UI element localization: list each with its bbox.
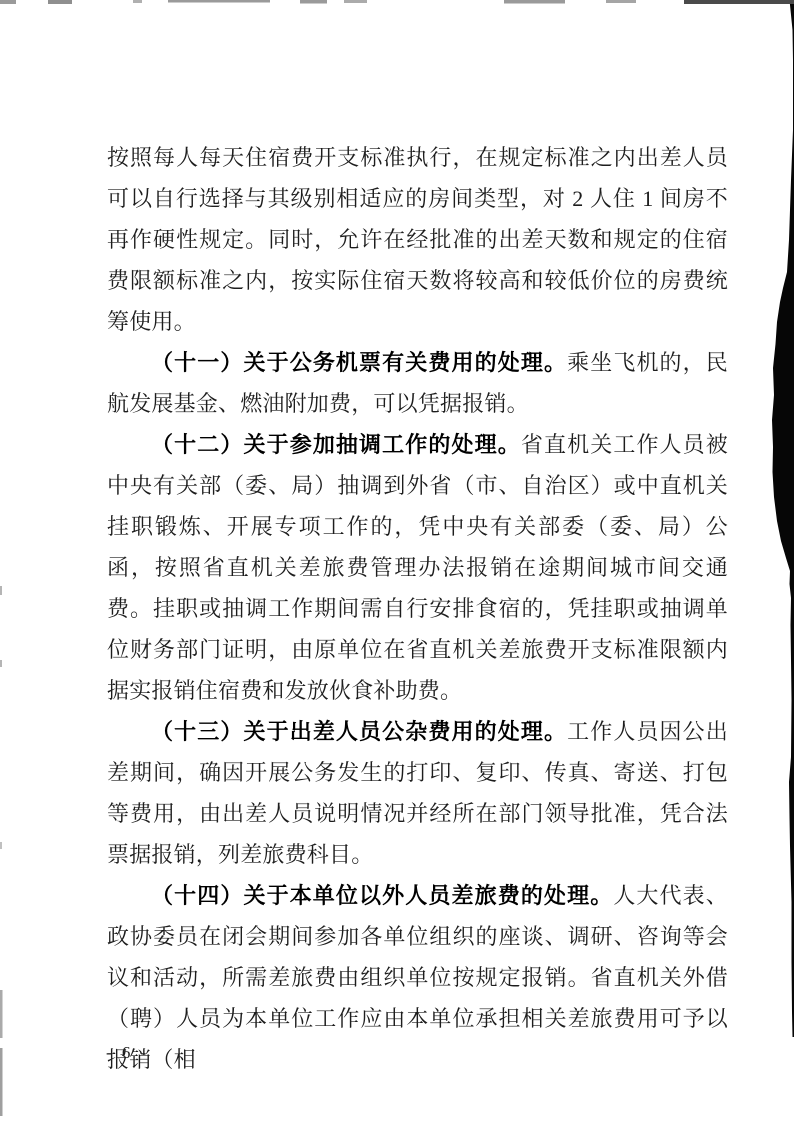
scan-artifact-top-mark (300, 0, 327, 4)
paragraph-continuation: 按照每人每天住宿费开支标准执行，在规定标准之内出差人员可以自行选择与其级别相适应… (107, 137, 728, 342)
paragraph-heading: （十一）关于公务机票有关费用的处理。 (151, 350, 567, 375)
scan-artifact-left-mark (0, 586, 2, 595)
scan-artifact-top-mark (504, 0, 565, 4)
paragraph-heading: （十二）关于参加抽调工作的处理。 (151, 432, 521, 457)
paragraph-text: 按照每人每天住宿费开支标准执行，在规定标准之内出差人员可以自行选择与其级别相适应… (107, 145, 728, 334)
paragraph-heading: （十三）关于出差人员公杂费用的处理。 (151, 719, 567, 744)
scan-artifact-top-mark (48, 0, 72, 4)
paragraph-text: 人大代表、政协委员在闭会期间参加各单位组织的座谈、调研、咨询等会议和活动，所需差… (107, 883, 728, 1072)
scan-artifact-left-mark (0, 842, 2, 849)
paragraph-text: 省直机关工作人员被中央有关部（委、局）抽调到外省（市、自治区）或中直机关挂职锻炼… (107, 432, 728, 703)
scan-artifact-top-mark (606, 0, 636, 3)
scan-artifact-left-mark (0, 990, 3, 1038)
paragraph-item-11: （十一）关于公务机票有关费用的处理。乘坐飞机的，民航发展基金、燃油附加费，可以凭… (107, 342, 728, 424)
paragraph-item-12: （十二）关于参加抽调工作的处理。省直机关工作人员被中央有关部（委、局）抽调到外省… (107, 424, 728, 711)
scan-artifact-top-mark (684, 0, 794, 4)
page-number: - 6 - (106, 1043, 149, 1063)
document-body: 按照每人每天住宿费开支标准执行，在规定标准之内出差人员可以自行选择与其级别相适应… (107, 137, 728, 1080)
scan-artifact-top-mark (168, 0, 270, 3)
scan-artifact-top-mark (133, 0, 142, 3)
scan-artifact-top-mark (0, 0, 16, 4)
scan-artifact-left-mark (0, 1048, 3, 1116)
paragraph-heading: （十四）关于本单位以外人员差旅费的处理。 (151, 883, 613, 908)
paragraph-item-14: （十四）关于本单位以外人员差旅费的处理。人大代表、政协委员在闭会期间参加各单位组… (107, 875, 728, 1080)
scan-artifact-left-mark (0, 660, 2, 667)
paragraph-item-13: （十三）关于出差人员公杂费用的处理。工作人员因公出差期间，确因开展公务发生的打印… (107, 711, 728, 875)
document-page: 按照每人每天住宿费开支标准执行，在规定标准之内出差人员可以自行选择与其级别相适应… (0, 0, 794, 1121)
scan-artifact-top-mark (344, 0, 367, 3)
scan-artifact-right-band (772, 0, 794, 1037)
